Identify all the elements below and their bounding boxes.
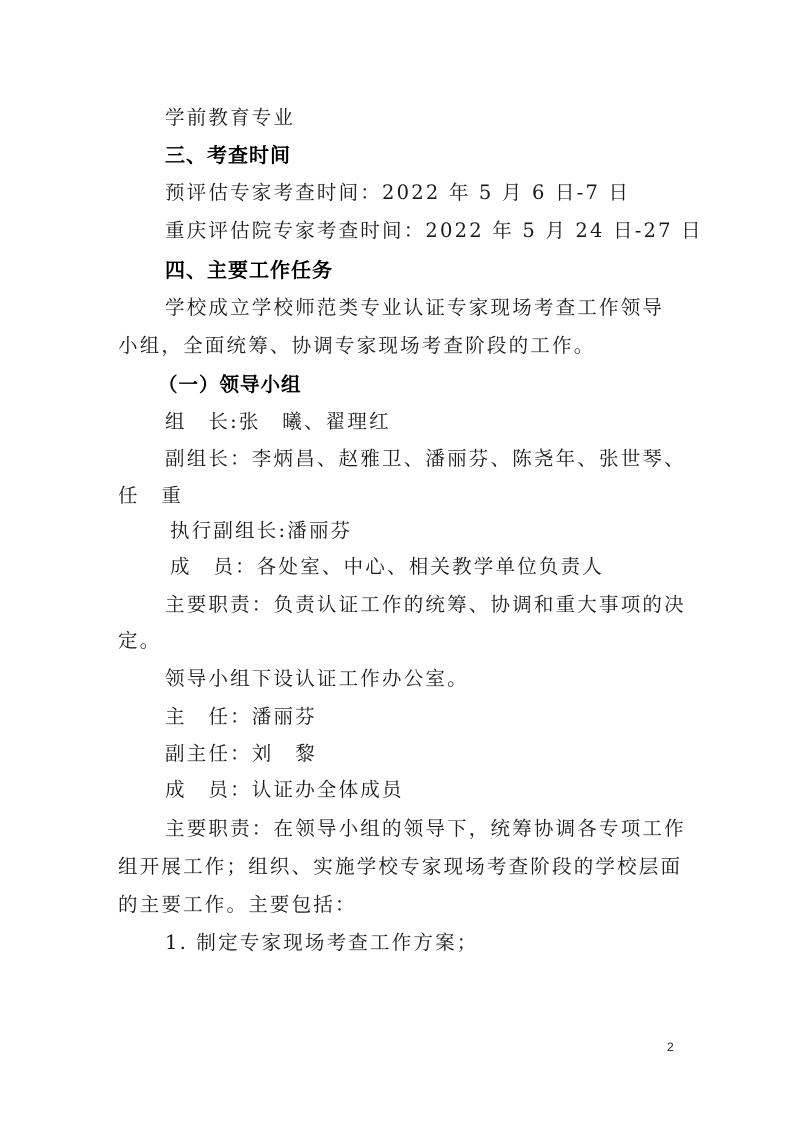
paragraph-line: 副主任：刘 黎 [165,741,317,767]
paragraph-line: 学校成立学校师范类专业认证专家现场考查工作领导 [165,295,664,321]
document-page: 学前教育专业 三、考查时间 预评估专家考查时间：2022 年 5 月 6 日-7… [0,0,793,1122]
paragraph-line: 领导小组下设认证工作办公室。 [165,666,469,692]
subsection-heading: （一）领导小组 [158,372,302,398]
paragraph-line: 主要职责：在领导小组的领导下，统筹协调各专项工作 [165,816,686,842]
section-heading-3: 三、考查时间 [165,142,291,168]
section-heading-4: 四、主要工作任务 [165,257,333,283]
paragraph-line: 执行副组长:潘丽芬 [170,518,352,544]
paragraph-line: 重庆评估院专家考查时间：2022 年 5 月 24 日-27 日 [165,218,703,244]
paragraph-line: 预评估专家考查时间：2022 年 5 月 6 日-7 日 [165,180,630,206]
paragraph-line: 的主要工作。主要包括： [118,892,357,918]
paragraph-line: 小组，全面统筹、协调专家现场考查阶段的工作。 [118,333,595,359]
paragraph-line: 副组长：李炳昌、赵雅卫、潘丽芬、陈尧年、张世琴、 [165,446,686,472]
paragraph-line: 组 长:张 曦、翟理红 [165,409,391,435]
paragraph-line: 主 任：潘丽芬 [165,704,317,730]
paragraph-line: 学前教育专业 [165,105,295,131]
paragraph-line: 组开展工作；组织、实施学校专家现场考查阶段的学校层面 [118,854,682,880]
list-item: 1. 制定专家现场考查工作方案； [165,930,479,956]
paragraph-line: 成 员：认证办全体成员 [165,777,404,803]
paragraph-line: 成 员：各处室、中心、相关教学单位负责人 [170,554,604,580]
paragraph-line: 定。 [118,628,161,654]
page-number: 2 [667,1040,674,1054]
paragraph-line: 主要职责：负责认证工作的统筹、协调和重大事项的决 [165,592,686,618]
paragraph-line: 任 重 [118,483,183,509]
